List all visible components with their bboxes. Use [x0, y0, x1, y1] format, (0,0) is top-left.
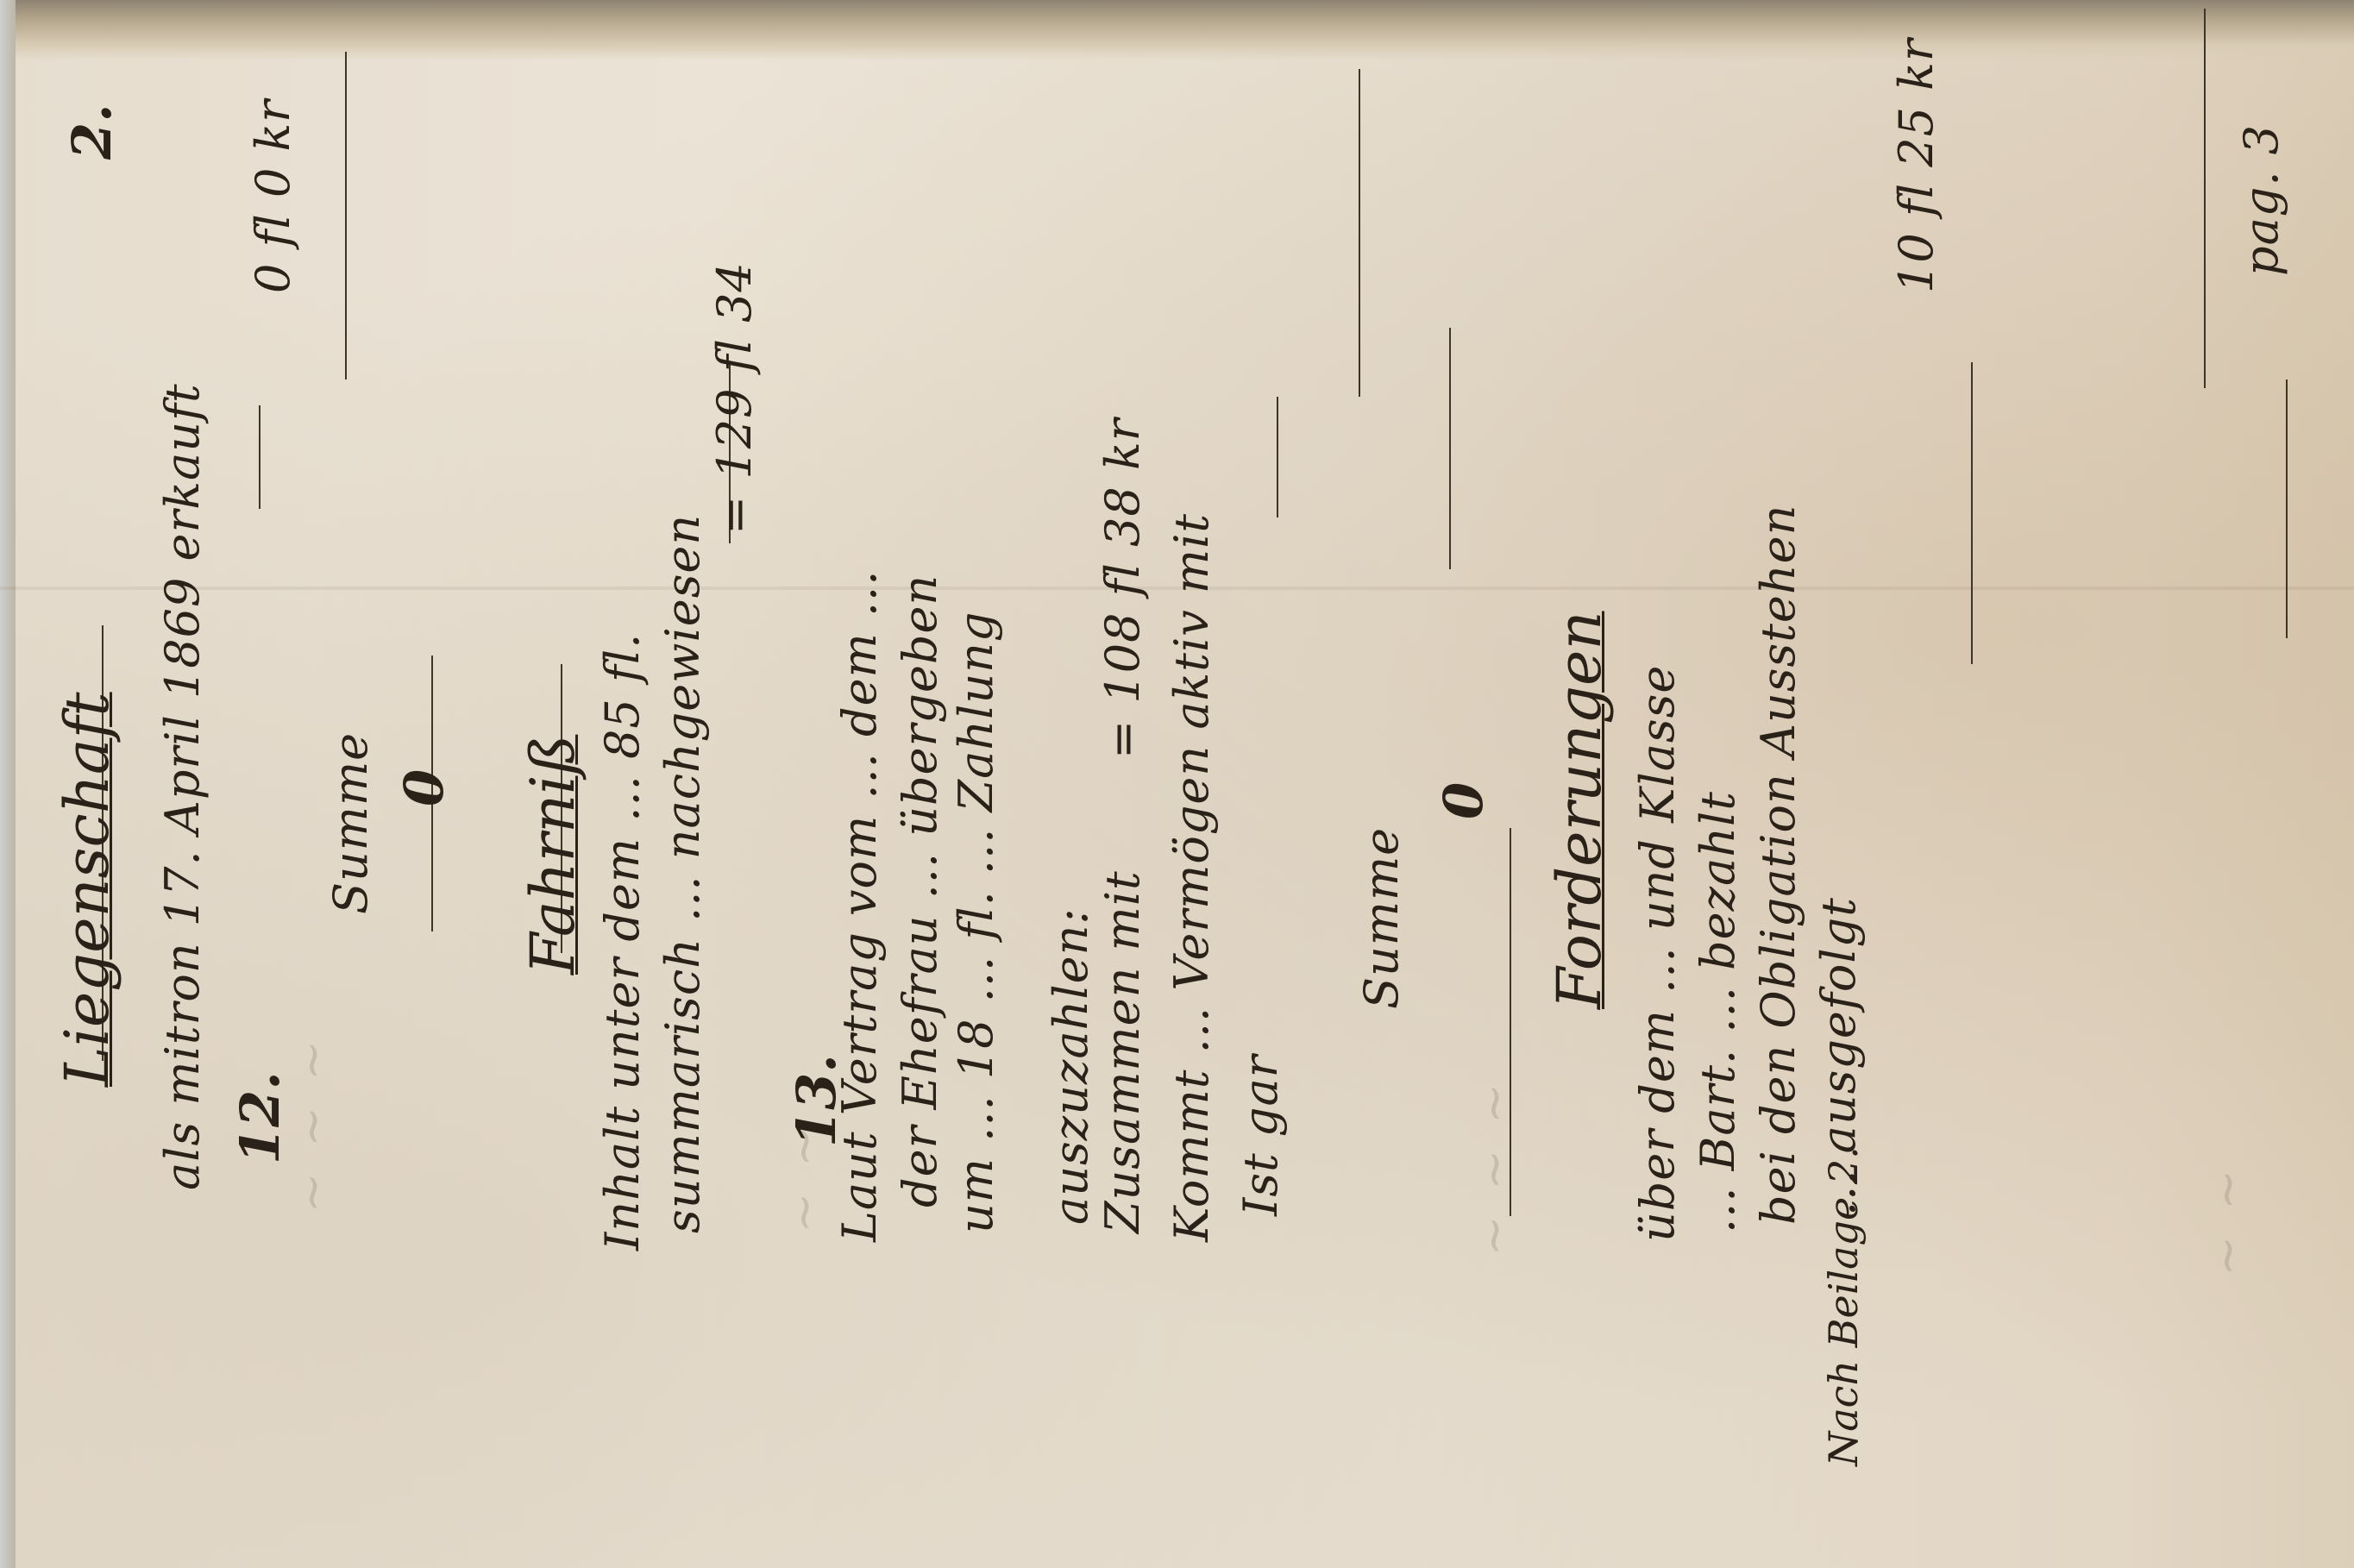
item13-line: Ist gar — [1233, 1055, 1288, 1216]
forderungen-line: über dem ... und Klasse — [1630, 665, 1685, 1242]
section-heading-liegenschaft: Liegenschaft — [52, 692, 122, 1087]
sum-value: 0 — [392, 769, 455, 806]
entry-rule — [259, 405, 261, 509]
page-left-edge — [0, 0, 16, 1568]
amount: 10 fl 25 kr — [1889, 38, 1943, 293]
fahrnis-line: Inhalt unter dem ... 85 fl. — [595, 633, 650, 1251]
page-reference: pag. 3 — [2234, 124, 2288, 276]
section-heading-forderungen: Forderungen — [1544, 611, 1615, 1009]
item-number: 12. — [229, 1071, 292, 1164]
item13-line: um ... 18 ... fl. ... Zahlung — [949, 612, 1003, 1233]
forderungen-line: ... Bart. ... bezahlt — [1691, 791, 1745, 1233]
amount: = 108 fl 38 kr — [1095, 418, 1150, 759]
page-binding-edge — [0, 0, 2354, 60]
entry-rule — [2286, 379, 2288, 638]
sum-value: 0 — [1432, 782, 1495, 819]
column-rule — [2204, 9, 2206, 388]
section-heading-fahrnis: Fahrniß — [518, 735, 588, 975]
item13-line: auszuzahlen: — [1044, 907, 1098, 1225]
item13-line: Zusammen mit — [1095, 870, 1150, 1233]
page-number: 2. — [60, 103, 123, 160]
item13-line: der Ehefrau ... übergeben — [893, 574, 947, 1207]
beilage-note: Nach Beilage 2. — [1820, 1146, 1867, 1466]
bleed-through-mark: ~ ~ ~ — [1466, 1078, 1522, 1256]
item13-line: Kommt ... Vermögen aktiv mit — [1164, 513, 1219, 1242]
sum-rule — [1449, 328, 1451, 569]
sum-label: Summe — [323, 732, 378, 914]
entry-rule — [1277, 397, 1278, 517]
sum-rule — [1510, 828, 1511, 1216]
bleed-through-mark: ~ ~ ~ — [285, 1035, 341, 1213]
forderungen-line: bei den Obligation Ausstehen — [1751, 505, 1805, 1225]
bleed-through-mark: ~ ~ — [2200, 1164, 2256, 1276]
amount: = 129 fl 34 — [707, 261, 762, 535]
fahrnis-line: summarisch ... nachgewiesen — [656, 514, 710, 1233]
sum-label: Summe — [1354, 827, 1409, 1009]
amount: 0 fl 0 kr — [246, 99, 300, 293]
entry-rule — [1971, 362, 1973, 664]
item13-line: Laut Vertrag vom ... dem ... — [832, 570, 887, 1242]
liegenschaft-line: als mitron 17. April 1869 erkauft — [155, 383, 210, 1190]
column-rule — [345, 52, 347, 379]
column-rule — [1359, 69, 1360, 397]
